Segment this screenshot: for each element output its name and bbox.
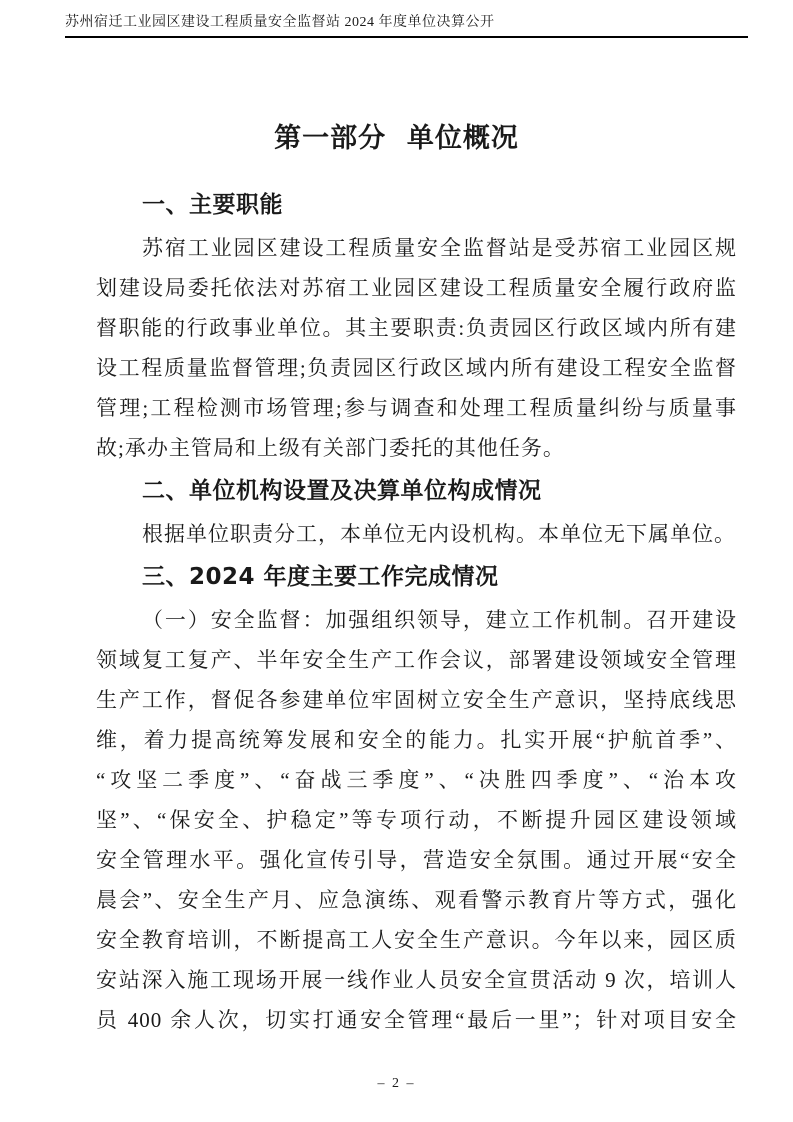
body-line: 坚”、“保安全、护稳定”等专项行动，不断提升园区建设领域 [96,800,737,840]
body-line: 生产工作，督促各参建单位牢固树立安全生产意识，坚持底线思 [96,680,737,720]
body-line: 领域复工复产、半年安全生产工作会议，部署建设领域安全管理 [96,640,737,680]
body-line: 员 400 余人次，切实打通安全管理“最后一里”；针对项目安全 [96,1000,737,1040]
body-line: 管理;工程检测市场管理;参与调查和处理工程质量纠纷与质量事 [96,388,737,428]
body-line: 安站深入施工现场开展一线作业人员安全宣贯活动 9 次，培训人 [96,960,737,1000]
body-line: 安全教育培训，不断提高工人安全生产意识。今年以来，园区质 [96,920,737,960]
section-heading: 二、单位机构设置及决算单位构成情况 [96,468,737,514]
body-line: 划建设局委托依法对苏宿工业园区建设工程质量安全履行政府监 [96,268,737,308]
document-page: 苏州宿迁工业园区建设工程质量安全监督站 2024 年度单位决算公开 第一部分 单… [0,0,793,1122]
body-line: 根据单位职责分工，本单位无内设机构。本单位无下属单位。 [96,514,737,554]
body-line: 设工程质量监督管理;负责园区行政区域内所有建设工程安全监督 [96,348,737,388]
page-number: – 2 – [0,1076,793,1092]
document-body: 一、主要职能苏宿工业园区建设工程质量安全监督站是受苏宿工业园区规划建设局委托依法… [96,182,737,1040]
section-heading: 三、2024 年度主要工作完成情况 [96,554,737,600]
body-line: （一）安全监督：加强组织领导，建立工作机制。召开建设 [96,600,737,640]
header-text: 苏州宿迁工业园区建设工程质量安全监督站 2024 年度单位决算公开 [65,15,495,30]
body-line: 晨会”、安全生产月、应急演练、观看警示教育片等方式，强化 [96,880,737,920]
body-line: 安全管理水平。强化宣传引导，营造安全氛围。通过开展“安全 [96,840,737,880]
body-line: “攻坚二季度”、“奋战三季度”、“决胜四季度”、“治本攻 [96,760,737,800]
body-line: 苏宿工业园区建设工程质量安全监督站是受苏宿工业园区规 [96,228,737,268]
body-line: 故;承办主管局和上级有关部门委托的其他任务。 [96,428,737,468]
page-header: 苏州宿迁工业园区建设工程质量安全监督站 2024 年度单位决算公开 [65,14,748,38]
page-title: 第一部分 单位概况 [0,118,793,160]
body-line: 督职能的行政事业单位。其主要职责:负责园区行政区域内所有建 [96,308,737,348]
body-line: 维，着力提高统筹发展和安全的能力。扎实开展“护航首季”、 [96,720,737,760]
section-heading: 一、主要职能 [96,182,737,228]
